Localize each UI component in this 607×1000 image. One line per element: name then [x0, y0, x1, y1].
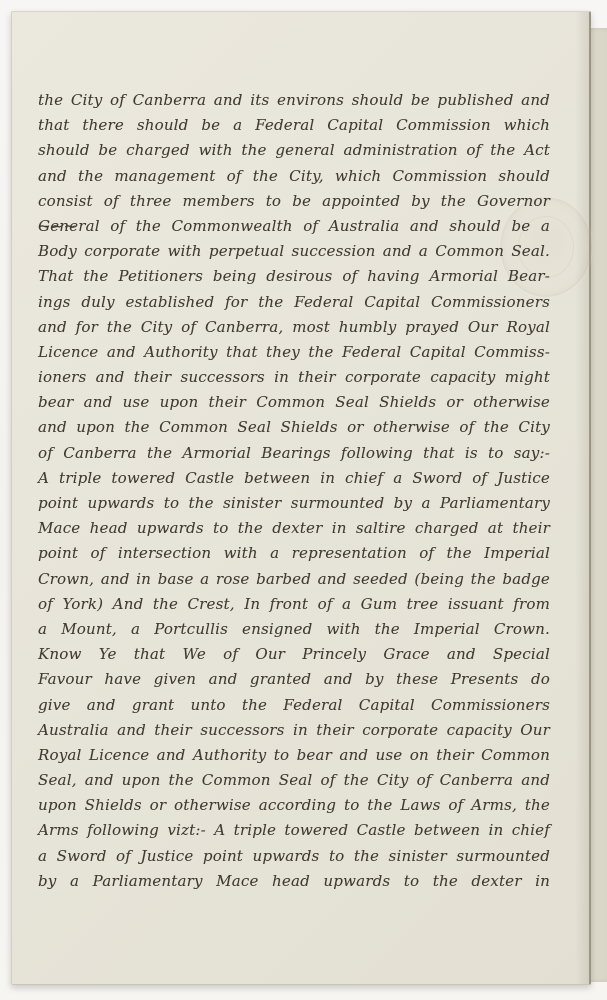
- manuscript-line: and upon the Common Seal Shields or othe…: [38, 415, 550, 440]
- scan-background: the City of Canberra and its environs sh…: [0, 0, 607, 1000]
- manuscript-line: Mace head upwards to the dexter in salti…: [38, 516, 550, 541]
- manuscript-line: Body corporate with perpetual succession…: [38, 239, 550, 264]
- manuscript-line: Licence and Authority that they the Fede…: [38, 340, 550, 365]
- manuscript-line: of Canberra the Armorial Bearings follow…: [38, 441, 550, 466]
- manuscript-line: Seal, and upon the Common Seal of the Ci…: [38, 768, 550, 793]
- manuscript-line: of York) And the Crest, In front of a Gu…: [38, 592, 550, 617]
- manuscript-line: the City of Canberra and its environs sh…: [38, 88, 550, 113]
- manuscript-line: give and grant unto the Federal Capital …: [38, 693, 550, 718]
- manuscript-line: consist of three members to be appointed…: [38, 189, 550, 214]
- manuscript-line: ioners and their successors in their cor…: [38, 365, 550, 390]
- manuscript-line: Australia and their successors in their …: [38, 718, 550, 743]
- manuscript-line: Crown, and in base a rose barbed and see…: [38, 567, 550, 592]
- manuscript-line: Favour have given and granted and by the…: [38, 667, 550, 692]
- manuscript-line: bear and use upon their Common Seal Shie…: [38, 390, 550, 415]
- manuscript-line: Royal Licence and Authority to bear and …: [38, 743, 550, 768]
- manuscript-line: That the Petitioners being desirous of h…: [38, 264, 550, 289]
- manuscript-line: point upwards to the sinister surmounted…: [38, 491, 550, 516]
- manuscript-line: should be charged with the general admin…: [38, 138, 550, 163]
- manuscript-line: General of the Commonwealth of Australia…: [38, 214, 550, 239]
- manuscript-line: by a Parliamentary Mace head upwards to …: [38, 869, 550, 894]
- manuscript-line: Know Ye that We of Our Princely Grace an…: [38, 642, 550, 667]
- manuscript-line: and the management of the City, which Co…: [38, 164, 550, 189]
- manuscript-page: the City of Canberra and its environs sh…: [11, 11, 591, 985]
- manuscript-line: a Mount, a Portcullis ensigned with the …: [38, 617, 550, 642]
- manuscript-line: Arms following vizt:- A triple towered C…: [38, 818, 550, 843]
- manuscript-line: A triple towered Castle between in chief…: [38, 466, 550, 491]
- manuscript-line: ings duly established for the Federal Ca…: [38, 290, 550, 315]
- manuscript-line: that there should be a Federal Capital C…: [38, 113, 550, 138]
- manuscript-line: upon Shields or otherwise according to t…: [38, 793, 550, 818]
- manuscript-line: and for the City of Canberra, most humbl…: [38, 315, 550, 340]
- manuscript-text-block: the City of Canberra and its environs sh…: [38, 88, 550, 894]
- manuscript-line: a Sword of Justice point upwards to the …: [38, 844, 550, 869]
- manuscript-line: point of intersection with a representat…: [38, 541, 550, 566]
